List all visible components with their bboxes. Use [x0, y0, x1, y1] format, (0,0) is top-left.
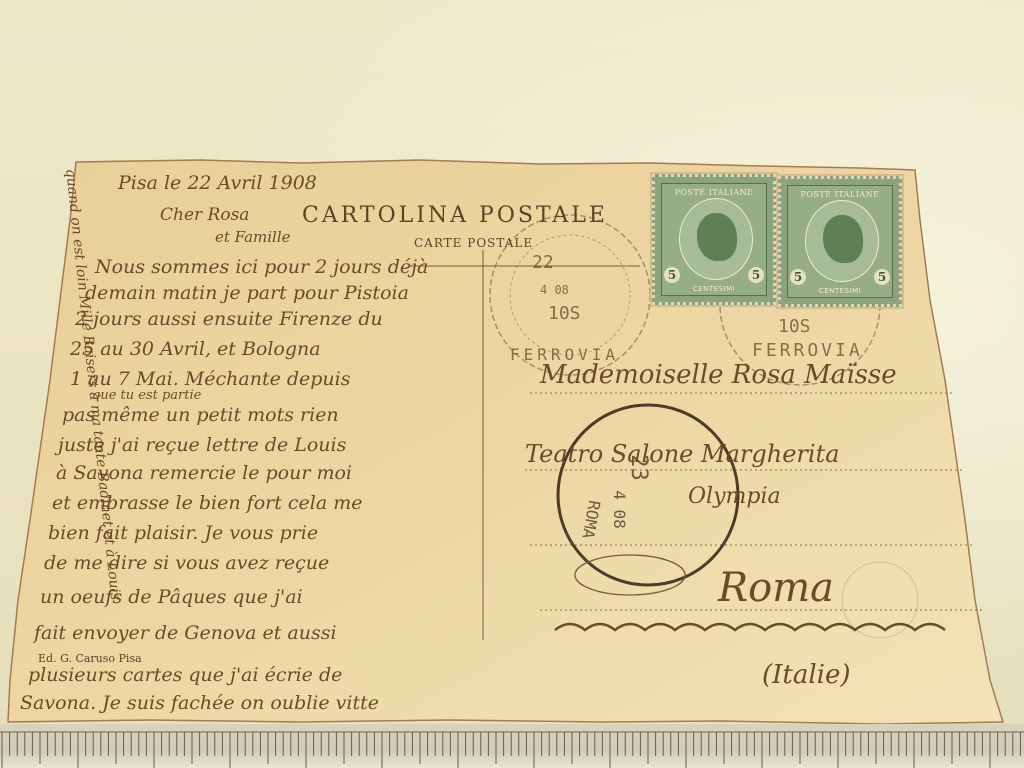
message-line: 25 au 30 Avril, et Bologna	[70, 338, 321, 360]
postmark-date: 4 08	[610, 490, 629, 529]
printed-subtitle: CARTE POSTALE	[414, 236, 533, 250]
message-line: bien fait plaisir. Je vous prie	[48, 522, 318, 544]
postage-stamp: POSTE ITALIANE 5 5 CENTESIMI	[778, 176, 902, 307]
postmark-code: 10S	[548, 303, 581, 324]
postmark-date: 22	[532, 252, 554, 273]
ruler	[0, 724, 1024, 768]
king-portrait-icon	[697, 213, 737, 261]
message-line: de me dire si vous avez reçue	[44, 552, 329, 574]
message-line: que tu est partie	[92, 388, 201, 403]
stamp-portrait-oval	[679, 198, 753, 280]
address-line: Teatro Salone Margherita	[525, 440, 840, 468]
address-line: Olympia	[688, 484, 781, 509]
stamp-value: 5	[790, 269, 806, 285]
postmark-code: 10S	[778, 316, 811, 337]
stamp-value: 5	[874, 269, 890, 285]
postmark-ring-text: FERROVIA	[752, 340, 863, 361]
king-portrait-icon	[823, 215, 863, 263]
stamp-value: 5	[748, 267, 764, 283]
stamp-portrait-oval	[805, 200, 879, 282]
message-line: 2 jours aussi ensuite Firenze du	[75, 308, 383, 330]
message-line: demain matin je part pour Pistoia	[85, 282, 409, 304]
message-line: Nous sommes ici pour 2 jours déjà	[95, 256, 428, 278]
stamp-bottom-text: CENTESIMI	[788, 287, 892, 295]
address-line: Roma	[718, 565, 834, 611]
ruler-ticks	[0, 724, 1024, 768]
message-line: fait envoyer de Genova et aussi	[34, 622, 337, 644]
message-line: et Famille	[215, 228, 291, 246]
stamp-top-text: POSTE ITALIANE	[662, 188, 766, 197]
postmark-date: 4 08	[540, 283, 569, 297]
message-line: un oeufs de Pâques que j'ai	[40, 586, 303, 608]
message-line: Savona. Je suis fachée on oublie vitte	[20, 692, 379, 714]
address-line: Mademoiselle Rosa Maïsse	[540, 360, 897, 390]
stamp-frame: POSTE ITALIANE 5 5 CENTESIMI	[787, 185, 893, 298]
postcard: CARTOLINA POSTALE CARTE POSTALE Ed. G. C…	[0, 0, 1024, 768]
message-line: Cher Rosa	[160, 205, 249, 225]
message-line: plusieurs cartes que j'ai écrie de	[28, 664, 342, 686]
stamp-value: 5	[664, 267, 680, 283]
address-line: (Italie)	[762, 660, 851, 690]
printed-title: CARTOLINA POSTALE	[302, 203, 608, 228]
message-line: 1 au 7 Mai. Méchante depuis	[70, 368, 351, 390]
message-line: Pisa le 22 Avril 1908	[118, 172, 317, 194]
postage-stamp: POSTE ITALIANE 5 5 CENTESIMI	[652, 174, 776, 305]
stamp-bottom-text: CENTESIMI	[662, 285, 766, 293]
stamp-top-text: POSTE ITALIANE	[788, 190, 892, 199]
stamp-frame: POSTE ITALIANE 5 5 CENTESIMI	[661, 183, 767, 296]
